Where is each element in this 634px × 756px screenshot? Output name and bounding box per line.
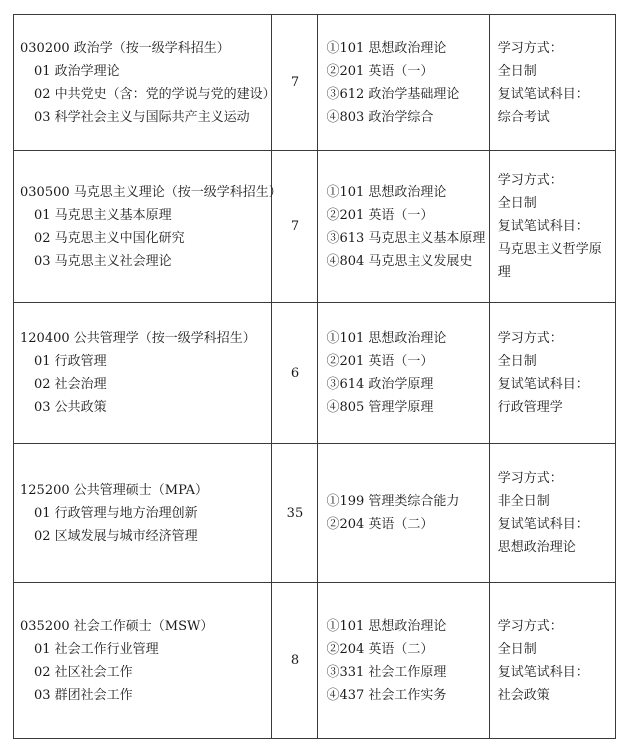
study-mode-value: 全日制 bbox=[498, 60, 609, 83]
retest-subject-label: 复试笔试科目： bbox=[498, 215, 609, 238]
major-cell: 030500 马克思主义理论（按一级学科招生） 01 马克思主义基本原理 02 … bbox=[14, 151, 272, 303]
study-mode-label: 学习方式： bbox=[498, 327, 609, 350]
notes-cell: 学习方式： 全日制 复试笔试科目： 社会政策 bbox=[489, 583, 615, 739]
admissions-table: 030200 政治学（按一级学科招生） 01 政治学理论 02 中共党史（含：党… bbox=[13, 14, 616, 739]
major-cell: 030200 政治学（按一级学科招生） 01 政治学理论 02 中共党史（含：党… bbox=[14, 15, 272, 151]
enrollment-count: 35 bbox=[272, 444, 318, 583]
exam-subject: ①101 思想政治理论 bbox=[326, 615, 488, 638]
exam-subject: ②201 英语（一） bbox=[326, 204, 488, 227]
study-mode-value: 全日制 bbox=[498, 350, 609, 373]
retest-subject-value: 行政管理学 bbox=[498, 396, 609, 419]
research-direction: 03 公共政策 bbox=[20, 396, 271, 419]
exam-subject: ①199 管理类综合能力 bbox=[326, 490, 488, 513]
exam-subject: ①101 思想政治理论 bbox=[326, 327, 488, 350]
table-row: 125200 公共管理硕士（MPA） 01 行政管理与地方治理创新 02 区域发… bbox=[14, 444, 616, 583]
study-mode-value: 非全日制 bbox=[498, 490, 609, 513]
enrollment-count: 6 bbox=[272, 303, 318, 444]
research-direction: 02 社会治理 bbox=[20, 373, 271, 396]
enrollment-count: 7 bbox=[272, 151, 318, 303]
table-row: 120400 公共管理学（按一级学科招生） 01 行政管理 02 社会治理 03… bbox=[14, 303, 616, 444]
exam-subject: ③612 政治学基础理论 bbox=[326, 83, 488, 106]
major-title: 125200 公共管理硕士（MPA） bbox=[20, 479, 271, 502]
research-direction: 02 中共党史（含：党的学说与党的建设） bbox=[20, 83, 271, 106]
exam-subjects-cell: ①101 思想政治理论 ②204 英语（二） ③331 社会工作原理 ④437 … bbox=[318, 583, 489, 739]
exam-subject: ③331 社会工作原理 bbox=[326, 661, 488, 684]
exam-subject: ④803 政治学综合 bbox=[326, 106, 488, 129]
major-title: 030200 政治学（按一级学科招生） bbox=[20, 37, 271, 60]
notes-cell: 学习方式： 全日制 复试笔试科目： 行政管理学 bbox=[489, 303, 615, 444]
exam-subject: ④437 社会工作实务 bbox=[326, 684, 488, 707]
exam-subject: ②204 英语（二） bbox=[326, 638, 488, 661]
research-direction: 02 马克思主义中国化研究 bbox=[20, 227, 271, 250]
retest-subject-label: 复试笔试科目： bbox=[498, 83, 609, 106]
research-direction: 02 区域发展与城市经济管理 bbox=[20, 525, 271, 548]
retest-subject-label: 复试笔试科目： bbox=[498, 513, 609, 536]
research-direction: 02 社区社会工作 bbox=[20, 661, 271, 684]
retest-subject-value: 马克思主义哲学原理 bbox=[498, 238, 609, 284]
research-direction: 03 科学社会主义与国际共产主义运动 bbox=[20, 106, 271, 129]
notes-cell: 学习方式： 非全日制 复试笔试科目： 思想政治理论 bbox=[489, 444, 615, 583]
enrollment-count: 8 bbox=[272, 583, 318, 739]
research-direction: 01 社会工作行业管理 bbox=[20, 638, 271, 661]
study-mode-value: 全日制 bbox=[498, 638, 609, 661]
research-direction: 03 群团社会工作 bbox=[20, 684, 271, 707]
exam-subject: ④805 管理学原理 bbox=[326, 396, 488, 419]
retest-subject-value: 综合考试 bbox=[498, 106, 609, 129]
exam-subject: ②204 英语（二） bbox=[326, 513, 488, 536]
research-direction: 01 政治学理论 bbox=[20, 60, 271, 83]
exam-subject: ④804 马克思主义发展史 bbox=[326, 250, 488, 273]
exam-subjects-cell: ①101 思想政治理论 ②201 英语（一） ③613 马克思主义基本原理 ④8… bbox=[318, 151, 489, 303]
major-title: 120400 公共管理学（按一级学科招生） bbox=[20, 327, 271, 350]
retest-subject-value: 社会政策 bbox=[498, 684, 609, 707]
exam-subject: ②201 英语（一） bbox=[326, 350, 488, 373]
research-direction: 01 行政管理 bbox=[20, 350, 271, 373]
table-row: 030200 政治学（按一级学科招生） 01 政治学理论 02 中共党史（含：党… bbox=[14, 15, 616, 151]
notes-cell: 学习方式： 全日制 复试笔试科目： 综合考试 bbox=[489, 15, 615, 151]
exam-subjects-cell: ①101 思想政治理论 ②201 英语（一） ③614 政治学原理 ④805 管… bbox=[318, 303, 489, 444]
exam-subject: ②201 英语（一） bbox=[326, 60, 488, 83]
retest-subject-label: 复试笔试科目： bbox=[498, 661, 609, 684]
table-row: 035200 社会工作硕士（MSW） 01 社会工作行业管理 02 社区社会工作… bbox=[14, 583, 616, 739]
notes-cell: 学习方式： 全日制 复试笔试科目： 马克思主义哲学原理 bbox=[489, 151, 615, 303]
exam-subject: ①101 思想政治理论 bbox=[326, 181, 488, 204]
study-mode-label: 学习方式： bbox=[498, 467, 609, 490]
exam-subject: ①101 思想政治理论 bbox=[326, 37, 488, 60]
major-title: 035200 社会工作硕士（MSW） bbox=[20, 615, 271, 638]
study-mode-label: 学习方式： bbox=[498, 169, 609, 192]
study-mode-value: 全日制 bbox=[498, 192, 609, 215]
retest-subject-label: 复试笔试科目： bbox=[498, 373, 609, 396]
study-mode-label: 学习方式： bbox=[498, 615, 609, 638]
research-direction: 01 行政管理与地方治理创新 bbox=[20, 502, 271, 525]
study-mode-label: 学习方式： bbox=[498, 37, 609, 60]
exam-subject: ③613 马克思主义基本原理 bbox=[326, 227, 488, 250]
major-cell: 120400 公共管理学（按一级学科招生） 01 行政管理 02 社会治理 03… bbox=[14, 303, 272, 444]
research-direction: 01 马克思主义基本原理 bbox=[20, 204, 271, 227]
exam-subjects-cell: ①199 管理类综合能力 ②204 英语（二） bbox=[318, 444, 489, 583]
table-row: 030500 马克思主义理论（按一级学科招生） 01 马克思主义基本原理 02 … bbox=[14, 151, 616, 303]
major-cell: 035200 社会工作硕士（MSW） 01 社会工作行业管理 02 社区社会工作… bbox=[14, 583, 272, 739]
exam-subject: ③614 政治学原理 bbox=[326, 373, 488, 396]
research-direction: 03 马克思主义社会理论 bbox=[20, 250, 271, 273]
major-cell: 125200 公共管理硕士（MPA） 01 行政管理与地方治理创新 02 区域发… bbox=[14, 444, 272, 583]
exam-subjects-cell: ①101 思想政治理论 ②201 英语（一） ③612 政治学基础理论 ④803… bbox=[318, 15, 489, 151]
retest-subject-value: 思想政治理论 bbox=[498, 536, 609, 559]
major-title: 030500 马克思主义理论（按一级学科招生） bbox=[20, 181, 271, 204]
enrollment-count: 7 bbox=[272, 15, 318, 151]
